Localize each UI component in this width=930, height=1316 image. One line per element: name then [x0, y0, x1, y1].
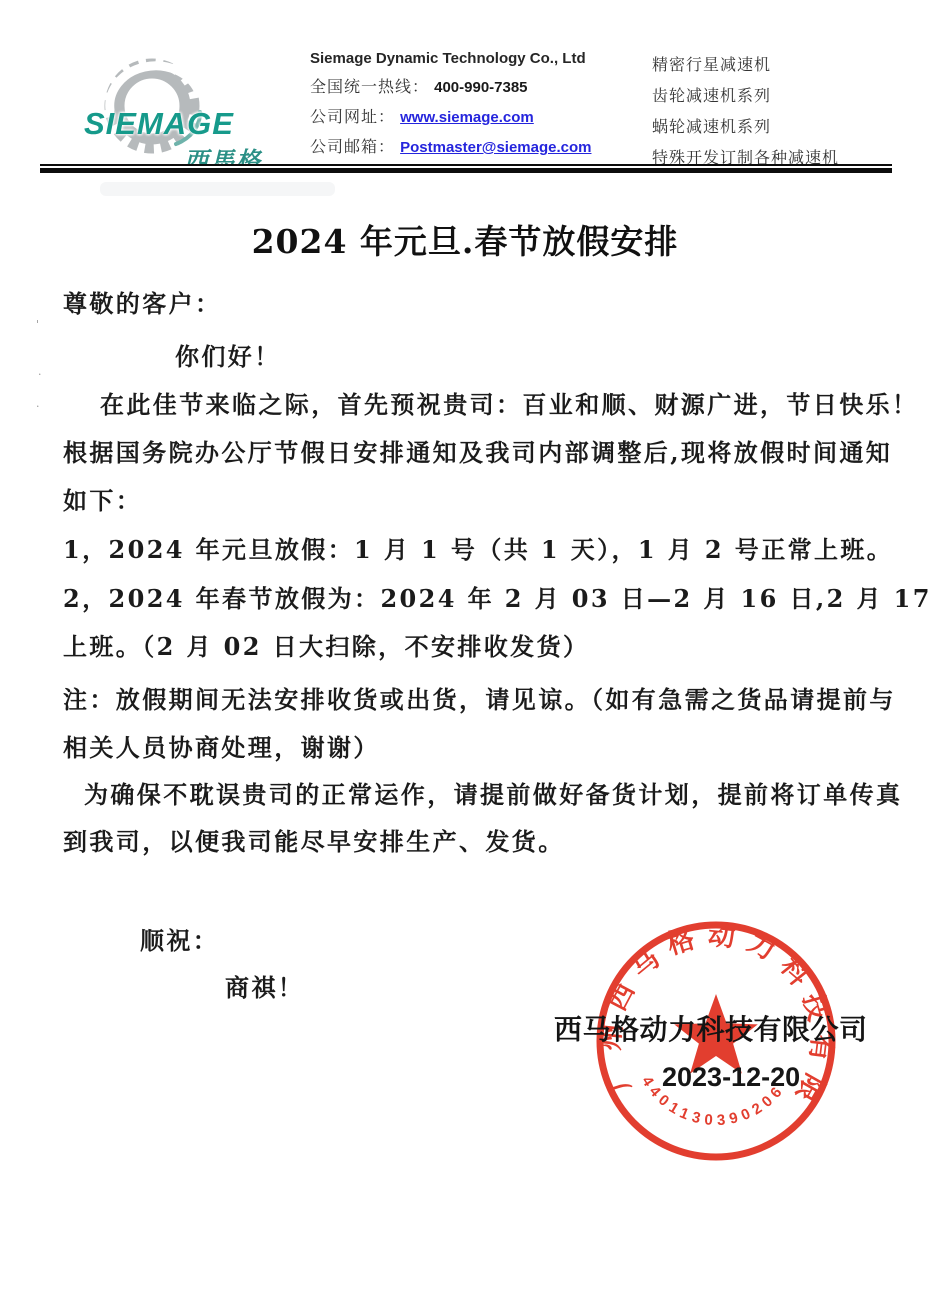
header-divider-rule — [40, 164, 892, 173]
holiday-item-1: 1，2024 年元旦放假：1 月 1 号（共 1 天），1 月 2 号正常上班。 — [63, 530, 893, 565]
body-line: 根据国务院办公厅节假日安排通知及我司内部调整后,现将放假时间通知 — [63, 433, 892, 468]
scan-artifact: · — [36, 400, 40, 413]
closing-regards-line: 商祺！ — [225, 968, 304, 1003]
website-link[interactable]: www.siemage.com — [400, 109, 534, 126]
note-line: 注：放假期间无法安排收货或出货，请见谅。（如有急需之货品请提前与 — [63, 680, 896, 715]
hotline-number: 400-990-7385 — [434, 79, 527, 96]
body-line: 在此佳节来临之际，首先预祝贵司：百业和顺、财源广进，节日快乐！ — [100, 385, 918, 420]
hotline-label: 全国统一热线： — [310, 77, 429, 96]
holiday-item-2: 2，2024 年春节放假为：2024 年 2 月 03 日—2 月 16 日,2… — [63, 579, 930, 614]
signature-date: 2023-12-20 — [662, 1062, 800, 1093]
signature-company-name: 西马格动力科技有限公司 — [554, 1008, 868, 1048]
product-item: 精密行星减速机 — [652, 52, 839, 75]
greeting-line: 你们好！ — [175, 337, 281, 372]
product-item: 齿轮减速机系列 — [652, 83, 839, 106]
note-line-cont: 相关人员协商处理，谢谢） — [63, 728, 380, 763]
product-list: 精密行星减速机 齿轮减速机系列 蜗轮减速机系列 特殊开发订制各种减速机 — [652, 52, 839, 176]
body-line: 为确保不耽误贵司的正常运作，请提前做好备货计划，提前将订单传真 — [84, 775, 902, 810]
scan-artifact — [100, 182, 335, 196]
document-title: 2024 年元旦.春节放假安排 — [0, 216, 930, 263]
website-label: 公司网址： — [310, 107, 395, 126]
product-item: 蜗轮减速机系列 — [652, 114, 839, 137]
body-line: 到我司，以便我司能尽早安排生产、发货。 — [63, 822, 565, 857]
salutation-line: 尊敬的客户： — [63, 284, 221, 319]
holiday-item-2-cont: 上班。（2 月 02 日大扫除，不安排收发货） — [63, 627, 589, 662]
email-label: 公司邮箱： — [310, 137, 395, 156]
company-logo: SIEMAGE 西馬格 — [80, 52, 270, 164]
hotline-row: 全国统一热线： 400-990-7385 — [310, 74, 640, 97]
logo-brand-text: SIEMAGE — [84, 106, 234, 142]
email-link[interactable]: Postmaster@siemage.com — [400, 139, 591, 156]
scan-artifact: ' — [36, 318, 39, 331]
header-contact-block: Siemage Dynamic Technology Co., Ltd 全国统一… — [310, 50, 640, 157]
email-row: 公司邮箱： Postmaster@siemage.com — [310, 134, 640, 157]
closing-wish-line: 顺祝： — [140, 921, 219, 956]
letter-page: SIEMAGE 西馬格 Siemage Dynamic Technology C… — [0, 0, 930, 1316]
body-line: 如下： — [63, 481, 142, 516]
website-row: 公司网址： www.siemage.com — [310, 104, 640, 127]
scan-artifact: · — [38, 368, 42, 381]
company-name-en: Siemage Dynamic Technology Co., Ltd — [310, 50, 640, 67]
